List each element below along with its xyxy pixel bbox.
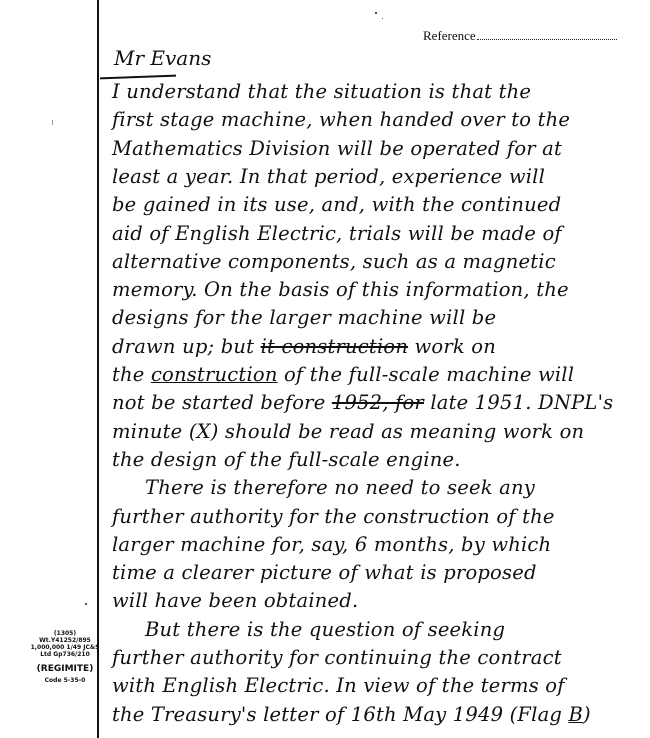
memo-line: I understand that the situation is that … xyxy=(112,80,531,103)
memo-line: minute (X) should be read as meaning wor… xyxy=(112,420,584,443)
memo-line: alternative components, such as a magnet… xyxy=(112,250,556,273)
reference-label: Reference xyxy=(423,28,476,43)
memo-line: further authority for continuing the con… xyxy=(112,646,562,669)
imprint-line: (1305) Wt.Y41252/895 xyxy=(30,630,100,644)
imprint-code: Code 5-35-0 xyxy=(30,677,100,684)
reference-field: Reference xyxy=(423,28,617,44)
memo-line: first stage machine, when handed over to… xyxy=(112,108,570,131)
memo-line: be gained in its use, and, with the cont… xyxy=(112,193,561,216)
memo-line: with English Electric. In view of the te… xyxy=(112,674,565,697)
memo-line: memory. On the basis of this information… xyxy=(112,278,569,301)
memo-line: least a year. In that period, experience… xyxy=(112,165,545,188)
printer-imprint: (1305) Wt.Y41252/895 1,000,000 1/49 JC&S… xyxy=(30,630,100,684)
memo-line: will have been obtained. xyxy=(112,589,358,612)
struck-out-text: 1952, for xyxy=(332,391,424,414)
scan-speck xyxy=(382,18,383,19)
memo-line: But there is the question of seeking xyxy=(145,618,505,641)
underlined-word: B xyxy=(568,703,583,726)
memo-line: drawn up; but it construction work on xyxy=(112,335,496,358)
scan-speck xyxy=(52,120,53,125)
memo-line: the design of the full-scale engine. xyxy=(112,448,461,471)
memo-line: time a clearer picture of what is propos… xyxy=(112,561,537,584)
memo-line: Mathematics Division will be operated fo… xyxy=(112,137,562,160)
reference-blank xyxy=(477,29,617,40)
scanned-memo-page: Reference Mr Evans I understand that the… xyxy=(0,0,650,738)
scan-speck xyxy=(85,603,87,605)
addressee-underline xyxy=(100,75,176,80)
memo-line: the construction of the full-scale machi… xyxy=(112,363,574,386)
memo-line: further authority for the construction o… xyxy=(112,505,555,528)
struck-out-text: it construction xyxy=(261,335,409,358)
margin-rule xyxy=(97,0,99,738)
memo-line: aid of English Electric, trials will be … xyxy=(112,222,562,245)
imprint-brand: (REGIMITE) xyxy=(30,664,100,674)
memo-line: not be started before 1952, for late 195… xyxy=(112,391,613,414)
memo-line: designs for the larger machine will be xyxy=(112,306,496,329)
imprint-line: 1,000,000 1/49 JC&S xyxy=(30,644,100,651)
memo-line: the Treasury's letter of 16th May 1949 (… xyxy=(112,703,591,726)
underlined-word: construction xyxy=(151,363,278,386)
addressee: Mr Evans xyxy=(114,46,211,70)
scan-speck xyxy=(375,12,377,14)
memo-line: There is therefore no need to seek any xyxy=(145,476,535,499)
imprint-line: Ltd Gp736/210 xyxy=(30,651,100,658)
memo-line: larger machine for, say, 6 months, by wh… xyxy=(112,533,551,556)
